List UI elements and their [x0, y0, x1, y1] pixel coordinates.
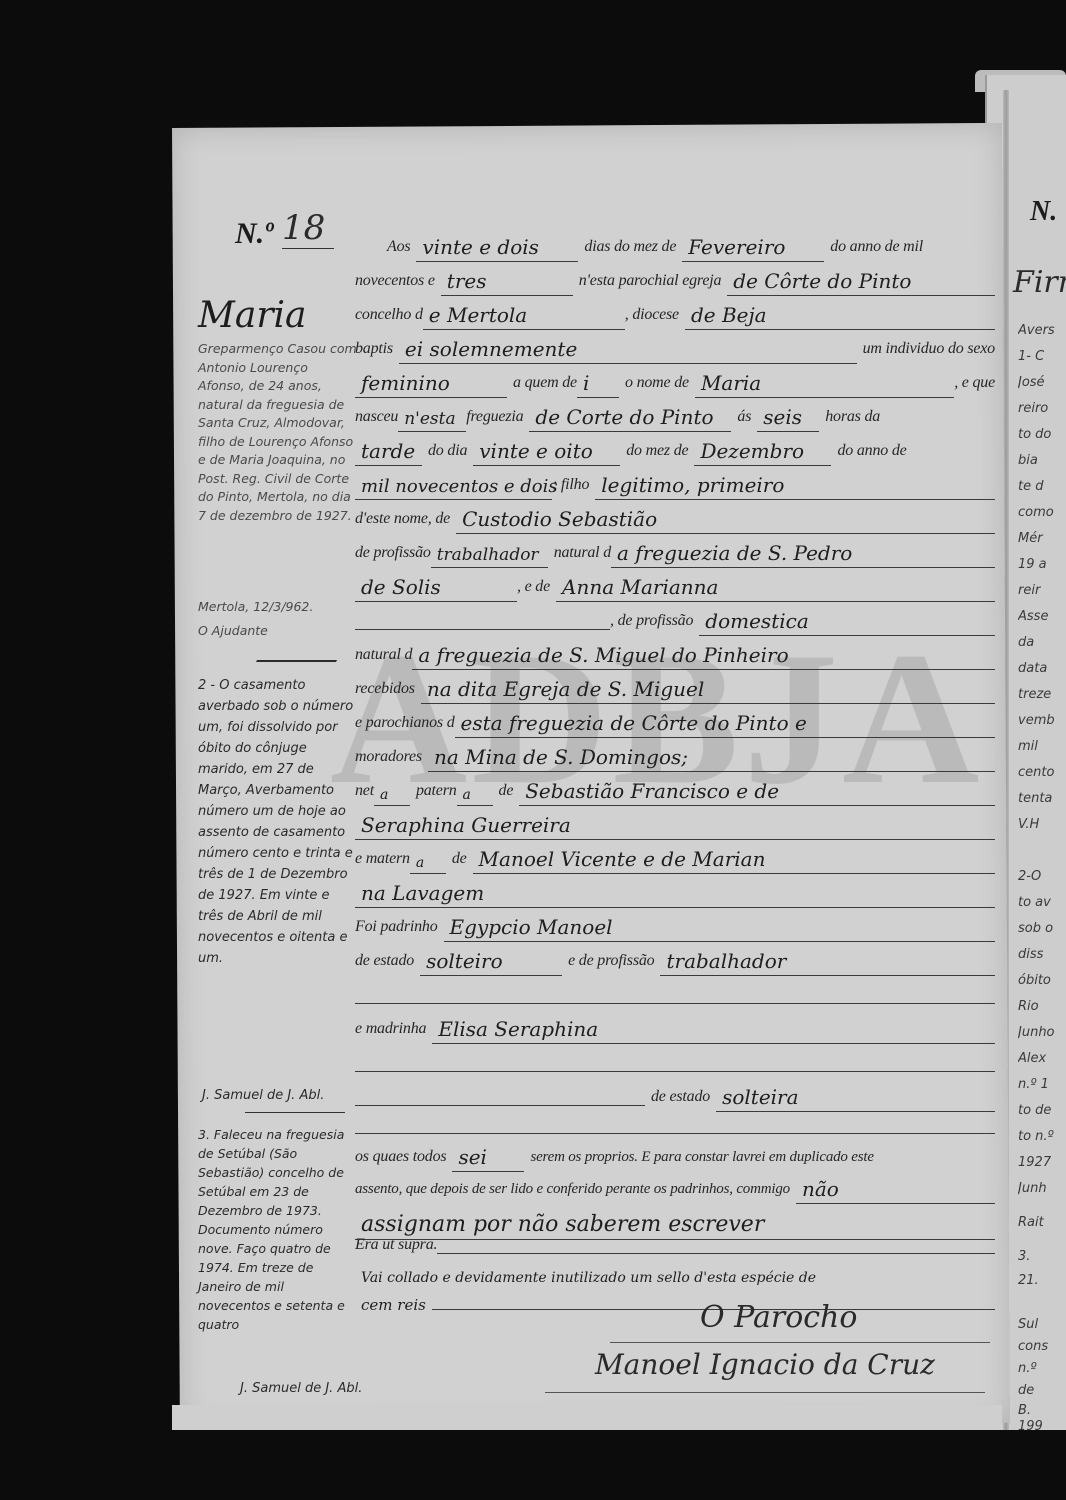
field-godfather-status: solteiro [420, 949, 562, 976]
form-row-name: feminino a quem de i o nome de Maria , e… [355, 364, 995, 398]
right-page-note-line: tenta [1018, 786, 1066, 812]
field-this: n'esta [398, 409, 466, 432]
margin-note-dissolution-sign: J. Samuel de J. Abl. [202, 1085, 362, 1106]
label-de-matern: de [452, 850, 467, 874]
label-concelho: concelho d [355, 306, 423, 330]
form-row-mother-origin: natural d a freguezia de S. Miguel do Pi… [355, 636, 995, 670]
form-row-godfather: Foi padrinho Egypcio Manoel [355, 908, 995, 942]
form-row-stamp-cont: cem reis [355, 1290, 995, 1316]
label-matern: e matern [355, 850, 410, 874]
field-paternal-grandmother: Seraphina Guerreira [355, 813, 995, 840]
right-page-note-line: óbito [1018, 968, 1066, 994]
label-baptis: baptis [355, 340, 393, 364]
label-madrinha: e madrinha [355, 1020, 426, 1044]
label-church: n'esta parochial egreja [579, 272, 722, 296]
field-godmother: Elisa Seraphina [432, 1017, 995, 1044]
margin-note-marriage-sign: O Ajudante [198, 622, 358, 641]
right-page-number-label: N. [1030, 196, 1057, 228]
margin-note-death-sign: J. Samuel de J. Abl. [240, 1378, 400, 1399]
record-number-label: N.º [235, 217, 273, 251]
right-page-note-line: Junh [1018, 1176, 1066, 1202]
form-row-parish: novecentos e tres n'esta parochial egrej… [355, 262, 995, 296]
form-row-paternal-grandparents-cont: Seraphina Guerreira [355, 806, 995, 840]
right-page-note-line: 1- C [1018, 344, 1066, 370]
label-given: a quem de [513, 374, 577, 398]
field-signature-status: não [796, 1177, 995, 1204]
field-godfather: Egypcio Manoel [444, 915, 996, 942]
form-row-blank-3 [355, 1106, 995, 1140]
label-godfather-profissao: e de profissão [568, 952, 654, 976]
right-page-note-line: treze [1018, 682, 1066, 708]
label-aos: Aos [387, 238, 410, 262]
label-horas: horas da [825, 408, 880, 432]
right-page-note-line: reir [1018, 578, 1066, 604]
label-novecentos: novecentos e [355, 272, 435, 296]
margin-note-dissolution: 2 - O casamento averbado sob o número um… [198, 675, 358, 969]
label-name: o nome de [625, 374, 689, 398]
form-row-birthdate: tarde do dia vinte e oito do mez de Deze… [355, 432, 995, 466]
field-residence: na Mina de S. Domingos; [428, 745, 995, 772]
form-row-godfather-status: de estado solteiro e de profissão trabal… [355, 942, 995, 976]
field-patern-suffix: a [457, 787, 493, 806]
label-mother-natural: natural d [355, 646, 412, 670]
label-e-que: , e que [954, 374, 995, 398]
label-nasceu: nasceu [355, 408, 398, 432]
right-page-note-line: sob o [1018, 916, 1066, 942]
right-page-note-line: Rait [1018, 1210, 1066, 1236]
form-row-closing-1: os quaes todos sei serem os proprios. E … [355, 1138, 995, 1172]
label-patern: patern [416, 782, 457, 806]
right-page-note-line: 21. [1018, 1268, 1066, 1294]
label-month: dias do mez de [584, 238, 676, 262]
field-net-suffix: a [374, 787, 410, 806]
form-row-legitimacy: mil novecentos e dois ; filho legitimo, … [355, 466, 995, 500]
label-mother-profissao: , de profissão [610, 612, 693, 636]
form-row-stamp: Vai collado e devidamente inutilizado um… [355, 1262, 995, 1288]
form-row-blank-2 [355, 1044, 995, 1078]
field-hour: seis [757, 405, 819, 432]
right-page-note-line: 19 a [1018, 552, 1066, 578]
margin-note-death: 3. Faleceu na freguesia de Setúbal (São … [198, 1125, 358, 1334]
right-page-note-line: 199 [1018, 1414, 1066, 1440]
field-married-at: na dita Egreja de S. Miguel [421, 677, 995, 704]
right-page-note-line: mil [1018, 734, 1066, 760]
form-row-mother: de Solis , e de Anna Marianna [355, 568, 995, 602]
right-page-note-line: 3. [1018, 1244, 1066, 1270]
right-page-note-line: n.º 1 [1018, 1072, 1066, 1098]
label-sex: um individuo do sexo [863, 340, 995, 364]
field-birth-day: vinte e oito [473, 439, 620, 466]
label-freguezia: freguezia [466, 408, 523, 432]
margin-note-marriage-date: Mertola, 12/3/962. [198, 598, 358, 617]
form-row-municipality: concelho d e Mertola , diocese de Beja [355, 296, 995, 330]
right-page-note-line: Mér [1018, 526, 1066, 552]
label-as: ás [737, 408, 751, 432]
field-month: Fevereiro [682, 235, 824, 262]
label-estado: de estado [355, 952, 414, 976]
form-row-paternal-grandparents: net a patern a de Sebastião Francisco e … [355, 772, 995, 806]
field-church: de Côrte do Pinto [727, 269, 995, 296]
field-legitimacy: legitimo, primeiro [595, 473, 995, 500]
margin-child-name: Maria [198, 295, 307, 336]
left-page-bottom-edge [172, 1405, 1002, 1430]
form-row-father-occupation: de profissão trabalhador natural d a fre… [355, 534, 995, 568]
right-page-note-line: data [1018, 656, 1066, 682]
right-page-note-line: te d [1018, 474, 1066, 500]
field-father-origin: a freguezia de S. Pedro [611, 541, 995, 568]
label-mez: do mez de [626, 442, 688, 466]
priest-title-signature: O Parocho [700, 1300, 857, 1335]
label-os-quaes: os quaes todos [355, 1148, 446, 1172]
right-page-note-line: to n.º [1018, 1124, 1066, 1150]
label-profissao: de profissão [355, 544, 431, 568]
label-closing-1: serem os proprios. E para constar lavrei… [530, 1149, 873, 1172]
field-known: sei [452, 1145, 524, 1172]
field-birth-year: mil novecentos e dois [355, 476, 552, 500]
label-anno: do anno de [837, 442, 906, 466]
field-father-occupation: trabalhador [431, 545, 548, 568]
label-filho: ; filho [552, 476, 589, 500]
right-page-name: Firm [1013, 265, 1066, 300]
label-e-de: , e de [517, 578, 550, 602]
right-page-note-line: 1927 [1018, 1150, 1066, 1176]
field-baptism-type: ei solemnemente [399, 337, 857, 364]
right-page-note-line: Avers [1018, 318, 1066, 344]
form-row-father: d'este nome, de Custodio Sebastião [355, 500, 995, 534]
label-padrinho: Foi padrinho [355, 918, 438, 942]
form-row-baptism: baptis ei solemnemente um individuo do s… [355, 330, 995, 364]
right-page-note-line: como [1018, 500, 1066, 526]
right-page-note-line: reiro [1018, 396, 1066, 422]
field-stamp-note: Vai collado e devidamente inutilizado um… [355, 1270, 995, 1288]
margin-note-marriage: Greparmenço Casou com Antonio Lourenço A… [198, 340, 358, 525]
label-moradores: moradores [355, 748, 422, 772]
field-parish-of: esta freguezia de Côrte do Pinto e [455, 711, 995, 738]
form-row-era: Era ut supra. [355, 1234, 995, 1260]
right-page-note-line: Asse [1018, 604, 1066, 630]
right-page-note-line: Junho [1018, 1020, 1066, 1046]
right-page-note-line: Alex [1018, 1046, 1066, 1072]
form-row-birthplace: nasceu n'esta freguezia de Corte do Pint… [355, 398, 995, 432]
field-year: tres [441, 269, 573, 296]
form-row-date: Aos vinte e dois dias do mez de Fevereir… [355, 228, 995, 262]
label-diocese: , diocese [625, 306, 679, 330]
form-row-residence: moradores na Mina de S. Domingos; [355, 738, 995, 772]
right-page-note-line: vemb [1018, 708, 1066, 734]
right-page-note-line: Rio [1018, 994, 1066, 1020]
right-page-note-line: diss [1018, 942, 1066, 968]
field-birth-parish: de Corte do Pinto [529, 405, 731, 432]
field-mother-name: Anna Marianna [556, 575, 995, 602]
field-given-suffix: i [577, 371, 619, 398]
form-row-blank-1 [355, 976, 995, 1010]
right-page-note-line: to av [1018, 890, 1066, 916]
right-page-note-line: to de [1018, 1098, 1066, 1124]
right-page-note-line: cento [1018, 760, 1066, 786]
field-paternal-grandparents: Sebastião Francisco e de [519, 779, 995, 806]
field-birth-month: Dezembro [694, 439, 831, 466]
field-father-origin-cont: de Solis [355, 575, 517, 602]
form-row-parishioners: e parochianos d esta freguezia de Côrte … [355, 704, 995, 738]
signature-line-2 [545, 1392, 985, 1393]
label-father: d'este nome, de [355, 510, 450, 534]
right-page-note-line: bia [1018, 448, 1066, 474]
field-day: vinte e dois [416, 235, 578, 262]
right-page-note-line: to do [1018, 422, 1066, 448]
right-page-note-line: José [1018, 370, 1066, 396]
margin-divider [245, 1112, 345, 1113]
margin-signature-stroke [256, 648, 344, 662]
label-net: net [355, 782, 374, 806]
label-recebidos: recebidos [355, 680, 415, 704]
label-parochianos: e parochianos d [355, 714, 455, 738]
field-stamp-value: cem reis [355, 1296, 432, 1316]
field-mother-origin: a freguezia de S. Miguel do Pinheiro [412, 643, 995, 670]
label-de: de [499, 782, 514, 806]
field-maternal-grandmother: na Lavagem [355, 881, 995, 908]
label-year: do anno de mil [830, 238, 923, 262]
field-sex: feminino [355, 371, 507, 398]
field-child-name: Maria [695, 371, 954, 398]
field-mother-occupation: domestica [699, 609, 995, 636]
signature-line-1 [610, 1342, 990, 1343]
right-page-note-line: da [1018, 630, 1066, 656]
label-dia: do dia [428, 442, 467, 466]
field-matern-suffix: a [410, 855, 446, 874]
record-number-value: 18 [282, 208, 334, 249]
form-row-maternal-grandparents-cont: na Lavagem [355, 874, 995, 908]
label-era-ut-supra: Era ut supra. [355, 1236, 437, 1260]
form-row-mother-occupation: , de profissão domestica [355, 602, 995, 636]
right-page-note-line: 2-O [1018, 864, 1066, 890]
form-row-maternal-grandparents: e matern a de Manoel Vicente e de Marian [355, 840, 995, 874]
right-page-note-line: V.H [1018, 812, 1066, 838]
form-row-closing-2: assento, que depois de ser lido e confer… [355, 1170, 995, 1204]
field-godfather-occupation: trabalhador [660, 949, 995, 976]
form-row-married: recebidos na dita Egreja de S. Miguel [355, 670, 995, 704]
field-time-of-day: tarde [355, 439, 422, 466]
label-closing-2: assento, que depois de ser lido e confer… [355, 1181, 790, 1204]
label-natural: natural d [554, 544, 611, 568]
field-municipality: e Mertola [423, 303, 625, 330]
form-row-godmother: e madrinha Elisa Seraphina [355, 1010, 995, 1044]
field-maternal-grandparents: Manoel Vicente e de Marian [473, 847, 995, 874]
field-father-name: Custodio Sebastião [456, 507, 995, 534]
field-diocese: de Beja [685, 303, 995, 330]
priest-name-signature: Manoel Ignacio da Cruz [595, 1348, 935, 1381]
